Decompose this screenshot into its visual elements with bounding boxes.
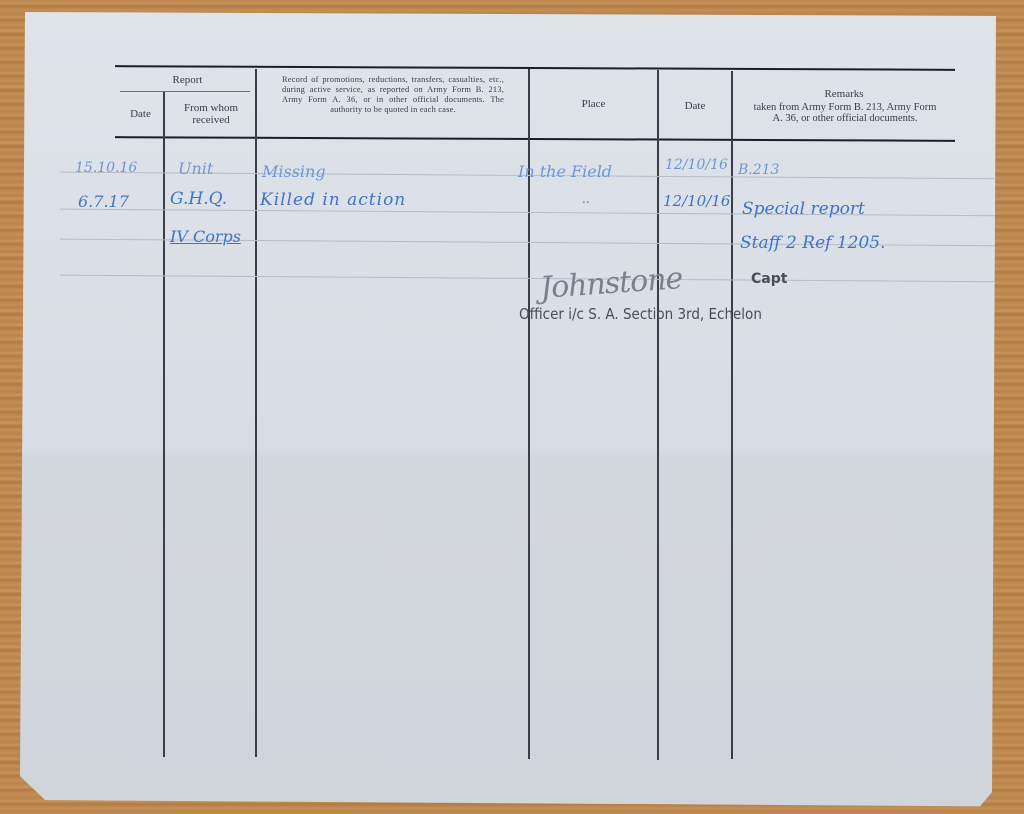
entry1-record: Missing: [262, 162, 326, 181]
signature: Johnstone: [539, 261, 683, 306]
entry2-date: 12/10/16: [663, 192, 730, 210]
officer-stamp: Officer i/c S. A. Section 3rd, Echelon: [519, 305, 762, 323]
header-date: Date: [659, 101, 731, 113]
header-top-rule: [115, 65, 955, 71]
entry2-record: Killed in action: [260, 190, 406, 210]
entry1-report-date: 15.10.16: [75, 160, 137, 176]
report-subrule: [120, 91, 250, 92]
entry1-place: In the Field: [518, 162, 612, 181]
header-remarks-title: Remarks: [734, 89, 954, 101]
col-divider-date2: [731, 71, 733, 759]
entry2-remarks: Special report: [742, 199, 865, 219]
header-place: Place: [530, 99, 657, 111]
entry2-from-whom-2: IV Corps: [170, 227, 241, 246]
ruled-line: [60, 209, 1010, 217]
header-report: Report: [120, 75, 255, 87]
record-form-sheet: Report Date From whom received Record of…: [20, 12, 1020, 808]
header-bottom-rule: [115, 136, 955, 142]
col-divider-place: [657, 70, 659, 760]
header-record: Record of promotions, reductions, transf…: [282, 75, 504, 115]
entry2-remarks-2: Staff 2 Ref 1205.: [740, 233, 886, 253]
entry2-report-date: 6.7.17: [78, 192, 129, 211]
entry1-date: 12/10/16: [665, 157, 728, 173]
col-divider-date: [163, 92, 165, 757]
header-report-date: Date: [118, 109, 163, 121]
ruled-line: [60, 275, 1010, 283]
entry1-from-whom: Unit: [178, 159, 213, 178]
rank-stamp: Capt: [751, 271, 787, 287]
entry2-from-whom: G.H.Q.: [170, 189, 227, 209]
header-from-whom: From whom received: [170, 103, 252, 126]
entry1-remarks: B.213: [738, 162, 779, 178]
entry2-place: ..: [582, 192, 590, 206]
header-remarks-body: taken from Army Form B. 213, Army Form A…: [750, 102, 940, 124]
